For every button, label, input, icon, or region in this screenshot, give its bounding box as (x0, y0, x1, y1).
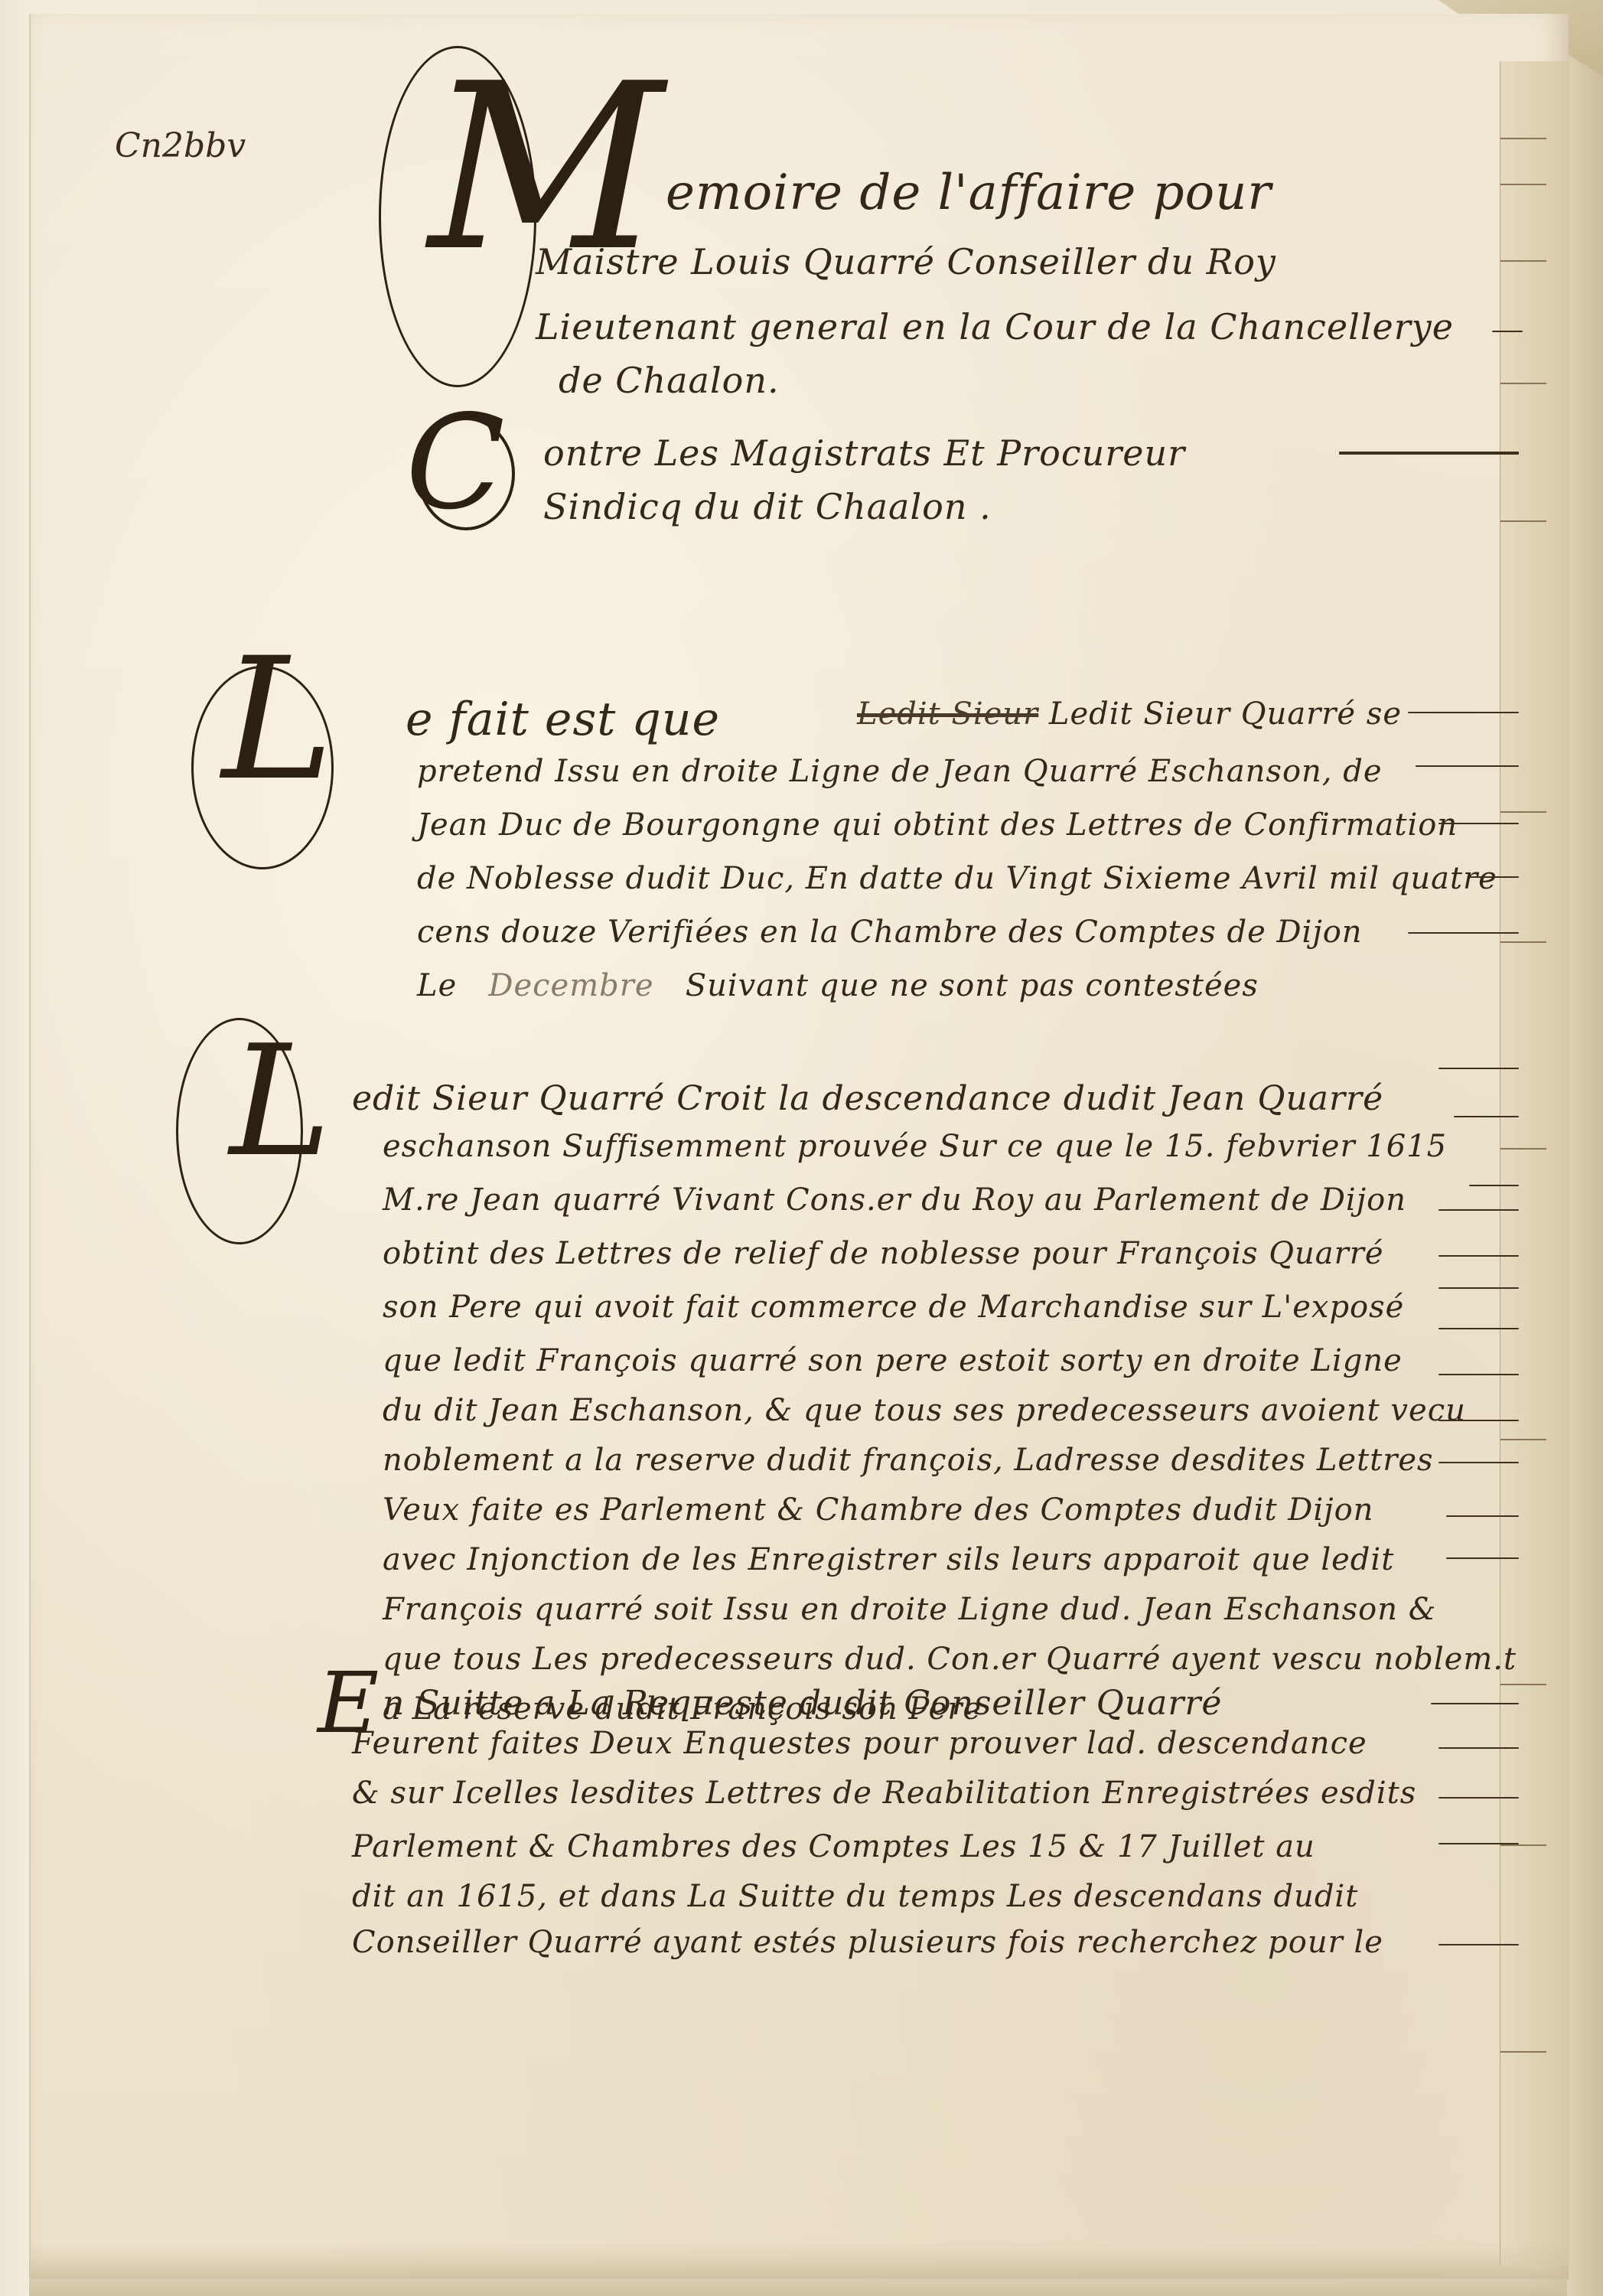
line-filler (1469, 876, 1519, 878)
para1-initial-l: L (222, 635, 334, 804)
line-filler (1446, 1557, 1519, 1559)
para2-line-10: avec Injonction de les Enregistrer sils … (383, 1542, 1394, 1577)
para3-line-1: n Suitte a La Requeste dudit Conseiller … (383, 1684, 1222, 1723)
para2-initial-l: L (230, 1026, 331, 1179)
para3-line-4: Parlement & Chambres des Comptes Les 15 … (352, 1829, 1315, 1864)
line-filler (1438, 1843, 1519, 1844)
contre-initial-c: C (406, 398, 505, 528)
line-filler (1438, 1944, 1519, 1945)
title-line-1: emoire de l'affaire pour (666, 165, 1272, 221)
para1-line-1: Ledit Sieur Ledit Sieur Quarré se (857, 696, 1402, 732)
contre-line-1: ontre Les Magistrats Et Procureur (543, 432, 1185, 474)
para2-line-2: eschanson Suffisemment prouvée Sur ce qu… (383, 1129, 1447, 1164)
title-line-4: de Chaalon. (559, 360, 780, 401)
line-filler (1416, 765, 1519, 767)
para1-line-1-text: Ledit Sieur Quarré se (1049, 696, 1402, 732)
para3-line-6: Conseiller Quarré ayant estés plusieurs … (352, 1925, 1383, 1960)
struck-text: Ledit Sieur (857, 696, 1038, 732)
contre-line-2: Sindicq du dit Chaalon . (543, 486, 992, 527)
line-filler (1438, 1420, 1519, 1421)
page-bottom-edge (29, 2242, 1567, 2296)
line-filler (1438, 1255, 1519, 1257)
line-filler (1408, 712, 1519, 713)
title-line-3: Lieutenant general en la Cour de la Chan… (536, 306, 1454, 347)
para3-line-5: dit an 1615, et dans La Suitte du temps … (352, 1879, 1358, 1914)
line-filler (1469, 1185, 1519, 1186)
line-filler (1438, 823, 1519, 824)
para1-line-6-pre: Le (417, 968, 457, 1003)
line-filler (1438, 1462, 1519, 1463)
line-filler (1431, 1703, 1519, 1704)
line-filler (1438, 1328, 1519, 1329)
page-fold-edge (1500, 61, 1569, 2265)
line-filler (1339, 452, 1519, 455)
para1-line-6-text: Suivant que ne sont pas contestées (686, 968, 1259, 1003)
line-filler (1446, 1515, 1519, 1517)
para2-line-5: son Pere qui avoit fait commerce de Marc… (383, 1290, 1404, 1325)
margin-note: Cn2bbv (115, 126, 246, 165)
para1-line-6: Le Decembre Suivant que ne sont pas cont… (417, 968, 1259, 1003)
para2-line-7: du dit Jean Eschanson, & que tous ses pr… (383, 1393, 1466, 1428)
para2-line-9: Veux faite es Parlement & Chambre des Co… (383, 1492, 1373, 1528)
line-filler (1438, 1747, 1519, 1749)
line-filler (1492, 331, 1523, 332)
para2-line-11: François quarré soit Issu en droite Lign… (383, 1592, 1436, 1627)
para2-line-8: noblement a la reserve dudit françois, L… (383, 1443, 1434, 1478)
para1-line-5: cens douze Verifiées en la Chambre des C… (417, 915, 1363, 950)
line-filler (1408, 932, 1519, 934)
line-filler (1438, 1209, 1519, 1211)
line-filler (1438, 1287, 1519, 1289)
para2-line-12: que tous Les predecesseurs dud. Con.er Q… (383, 1642, 1517, 1677)
para1-line-2: pretend Issu en droite Ligne de Jean Qua… (417, 754, 1383, 789)
para3-line-2: Feurent faites Deux Enquestes pour prouv… (352, 1726, 1367, 1761)
faint-inserted-word: Decembre (488, 968, 653, 1003)
line-filler (1438, 1068, 1519, 1069)
line-filler (1438, 1374, 1519, 1375)
para1-line-4: de Noblesse dudit Duc, En datte du Vingt… (417, 861, 1497, 896)
para1-lead: e fait est que (406, 693, 720, 746)
line-filler (1454, 1116, 1519, 1117)
para2-line-3: M.re Jean quarré Vivant Cons.er du Roy a… (383, 1182, 1406, 1218)
para2-line-4: obtint des Lettres de relief de noblesse… (383, 1236, 1384, 1271)
line-filler (1438, 1797, 1519, 1799)
para1-line-3: Jean Duc de Bourgongne qui obtint des Le… (417, 807, 1458, 843)
title-line-2: Maistre Louis Quarré Conseiller du Roy (536, 241, 1276, 282)
para2-line-1: edit Sieur Quarré Croit la descendance d… (352, 1079, 1383, 1118)
para2-line-6: que ledit François quarré son pere estoi… (383, 1343, 1403, 1378)
para3-line-3: & sur Icelles lesdites Lettres de Reabil… (352, 1776, 1416, 1811)
